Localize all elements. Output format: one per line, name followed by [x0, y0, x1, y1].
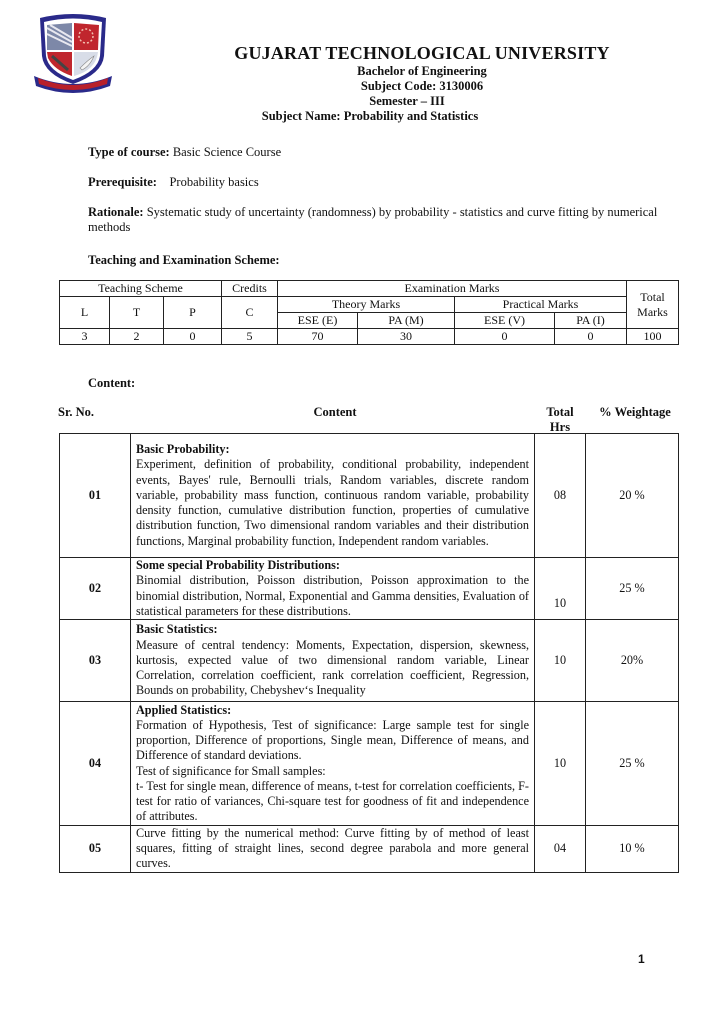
subject-code: Subject Code: 3130006: [60, 79, 724, 94]
teaching-scheme-header: Teaching Scheme: [60, 281, 222, 297]
course-type: Type of course: Basic Science Course: [88, 145, 281, 160]
ese-e-header: ESE (E): [278, 313, 358, 329]
table-row: 03 Basic Statistics: Measure of central …: [60, 620, 679, 702]
row-sr: 01: [60, 434, 131, 558]
prerequisite-label: Prerequisite:: [88, 175, 157, 189]
content-table: 01 Basic Probability: Experiment, defini…: [59, 433, 679, 873]
subject-name: Subject Name: Probability and Statistics: [8, 109, 724, 124]
row-weightage: 20 %: [586, 434, 679, 558]
topic-text: Binomial distribution, Poisson distribut…: [136, 573, 529, 617]
topic-text: Curve fitting by the numerical method: C…: [136, 826, 529, 870]
course-type-value: Basic Science Course: [173, 145, 281, 159]
row-hrs: 10: [535, 702, 586, 826]
topic-title: Basic Statistics:: [136, 622, 529, 637]
row-weightage: 25 %: [586, 558, 679, 620]
t-header: T: [110, 297, 164, 329]
topic-text: Formation of Hypothesis, Test of signifi…: [136, 718, 529, 764]
table-row: 05 Curve fitting by the numerical method…: [60, 826, 679, 873]
l-header: L: [60, 297, 110, 329]
t-value: 2: [110, 329, 164, 345]
scheme-heading: Teaching and Examination Scheme:: [88, 253, 280, 268]
row-sr: 03: [60, 620, 131, 702]
pa-m-header: PA (M): [358, 313, 455, 329]
rationale-value: Systematic study of uncertainty (randomn…: [88, 205, 657, 234]
rationale-label: Rationale:: [88, 205, 144, 219]
university-name: GUJARAT TECHNOLOGICAL UNIVERSITY: [60, 43, 724, 64]
row-sr: 02: [60, 558, 131, 620]
topic-title: Some special Probability Distributions:: [136, 558, 529, 573]
topic-text: Experiment, definition of probability, c…: [136, 457, 529, 547]
content-heading: Content:: [88, 376, 135, 391]
page-number: 1: [638, 952, 645, 966]
pa-m-value: 30: [358, 329, 455, 345]
course-type-label: Type of course:: [88, 145, 170, 159]
column-weightage: % Weightage: [590, 405, 680, 420]
table-row: 01 Basic Probability: Experiment, defini…: [60, 434, 679, 558]
row-weightage: 10 %: [586, 826, 679, 873]
l-value: 3: [60, 329, 110, 345]
credits-header: Credits: [222, 281, 278, 297]
topic-subheading: Test of significance for Small samples:: [136, 764, 529, 779]
column-total-hrs: Total Hrs: [540, 405, 580, 435]
row-weightage: 20%: [586, 620, 679, 702]
row-content: Basic Probability: Experiment, definitio…: [131, 434, 535, 558]
examination-marks-header: Examination Marks: [278, 281, 627, 297]
row-hrs: 04: [535, 826, 586, 873]
row-content: Some special Probability Distributions: …: [131, 558, 535, 620]
row-hrs: 10: [535, 620, 586, 702]
row-weightage: 25 %: [586, 702, 679, 826]
row-hrs: 08: [535, 434, 586, 558]
ese-e-value: 70: [278, 329, 358, 345]
total-marks-header: Total Marks: [627, 281, 679, 329]
table-row: 02 Some special Probability Distribution…: [60, 558, 679, 620]
ese-v-header: ESE (V): [455, 313, 555, 329]
row-content: Curve fitting by the numerical method: C…: [131, 826, 535, 873]
prerequisite-value: Probability basics: [169, 175, 258, 189]
row-hrs: 10: [535, 558, 586, 620]
table-row: 04 Applied Statistics: Formation of Hypo…: [60, 702, 679, 826]
topic-title: Applied Statistics:: [136, 703, 529, 718]
row-sr: 04: [60, 702, 131, 826]
degree: Bachelor of Engineering: [60, 64, 724, 79]
rationale: Rationale: Systematic study of uncertain…: [88, 205, 658, 235]
semester: Semester – III: [45, 94, 724, 109]
total-value: 100: [627, 329, 679, 345]
p-value: 0: [164, 329, 222, 345]
pa-i-value: 0: [555, 329, 627, 345]
row-sr: 05: [60, 826, 131, 873]
practical-marks-header: Practical Marks: [455, 297, 627, 313]
column-content: Content: [310, 405, 360, 420]
row-content: Applied Statistics: Formation of Hypothe…: [131, 702, 535, 826]
topic-text: Measure of central tendency: Moments, Ex…: [136, 638, 529, 698]
row-content: Basic Statistics: Measure of central ten…: [131, 620, 535, 702]
scheme-table: Teaching Scheme Credits Examination Mark…: [59, 280, 679, 345]
topic-text-2: t- Test for single mean, difference of m…: [136, 779, 529, 825]
pa-i-header: PA (I): [555, 313, 627, 329]
prerequisite: Prerequisite: Probability basics: [88, 175, 259, 190]
topic-title: Basic Probability:: [136, 442, 529, 457]
ese-v-value: 0: [455, 329, 555, 345]
c-header: C: [222, 297, 278, 329]
column-sr-no: Sr. No.: [58, 405, 114, 420]
c-value: 5: [222, 329, 278, 345]
p-header: P: [164, 297, 222, 329]
theory-marks-header: Theory Marks: [278, 297, 455, 313]
